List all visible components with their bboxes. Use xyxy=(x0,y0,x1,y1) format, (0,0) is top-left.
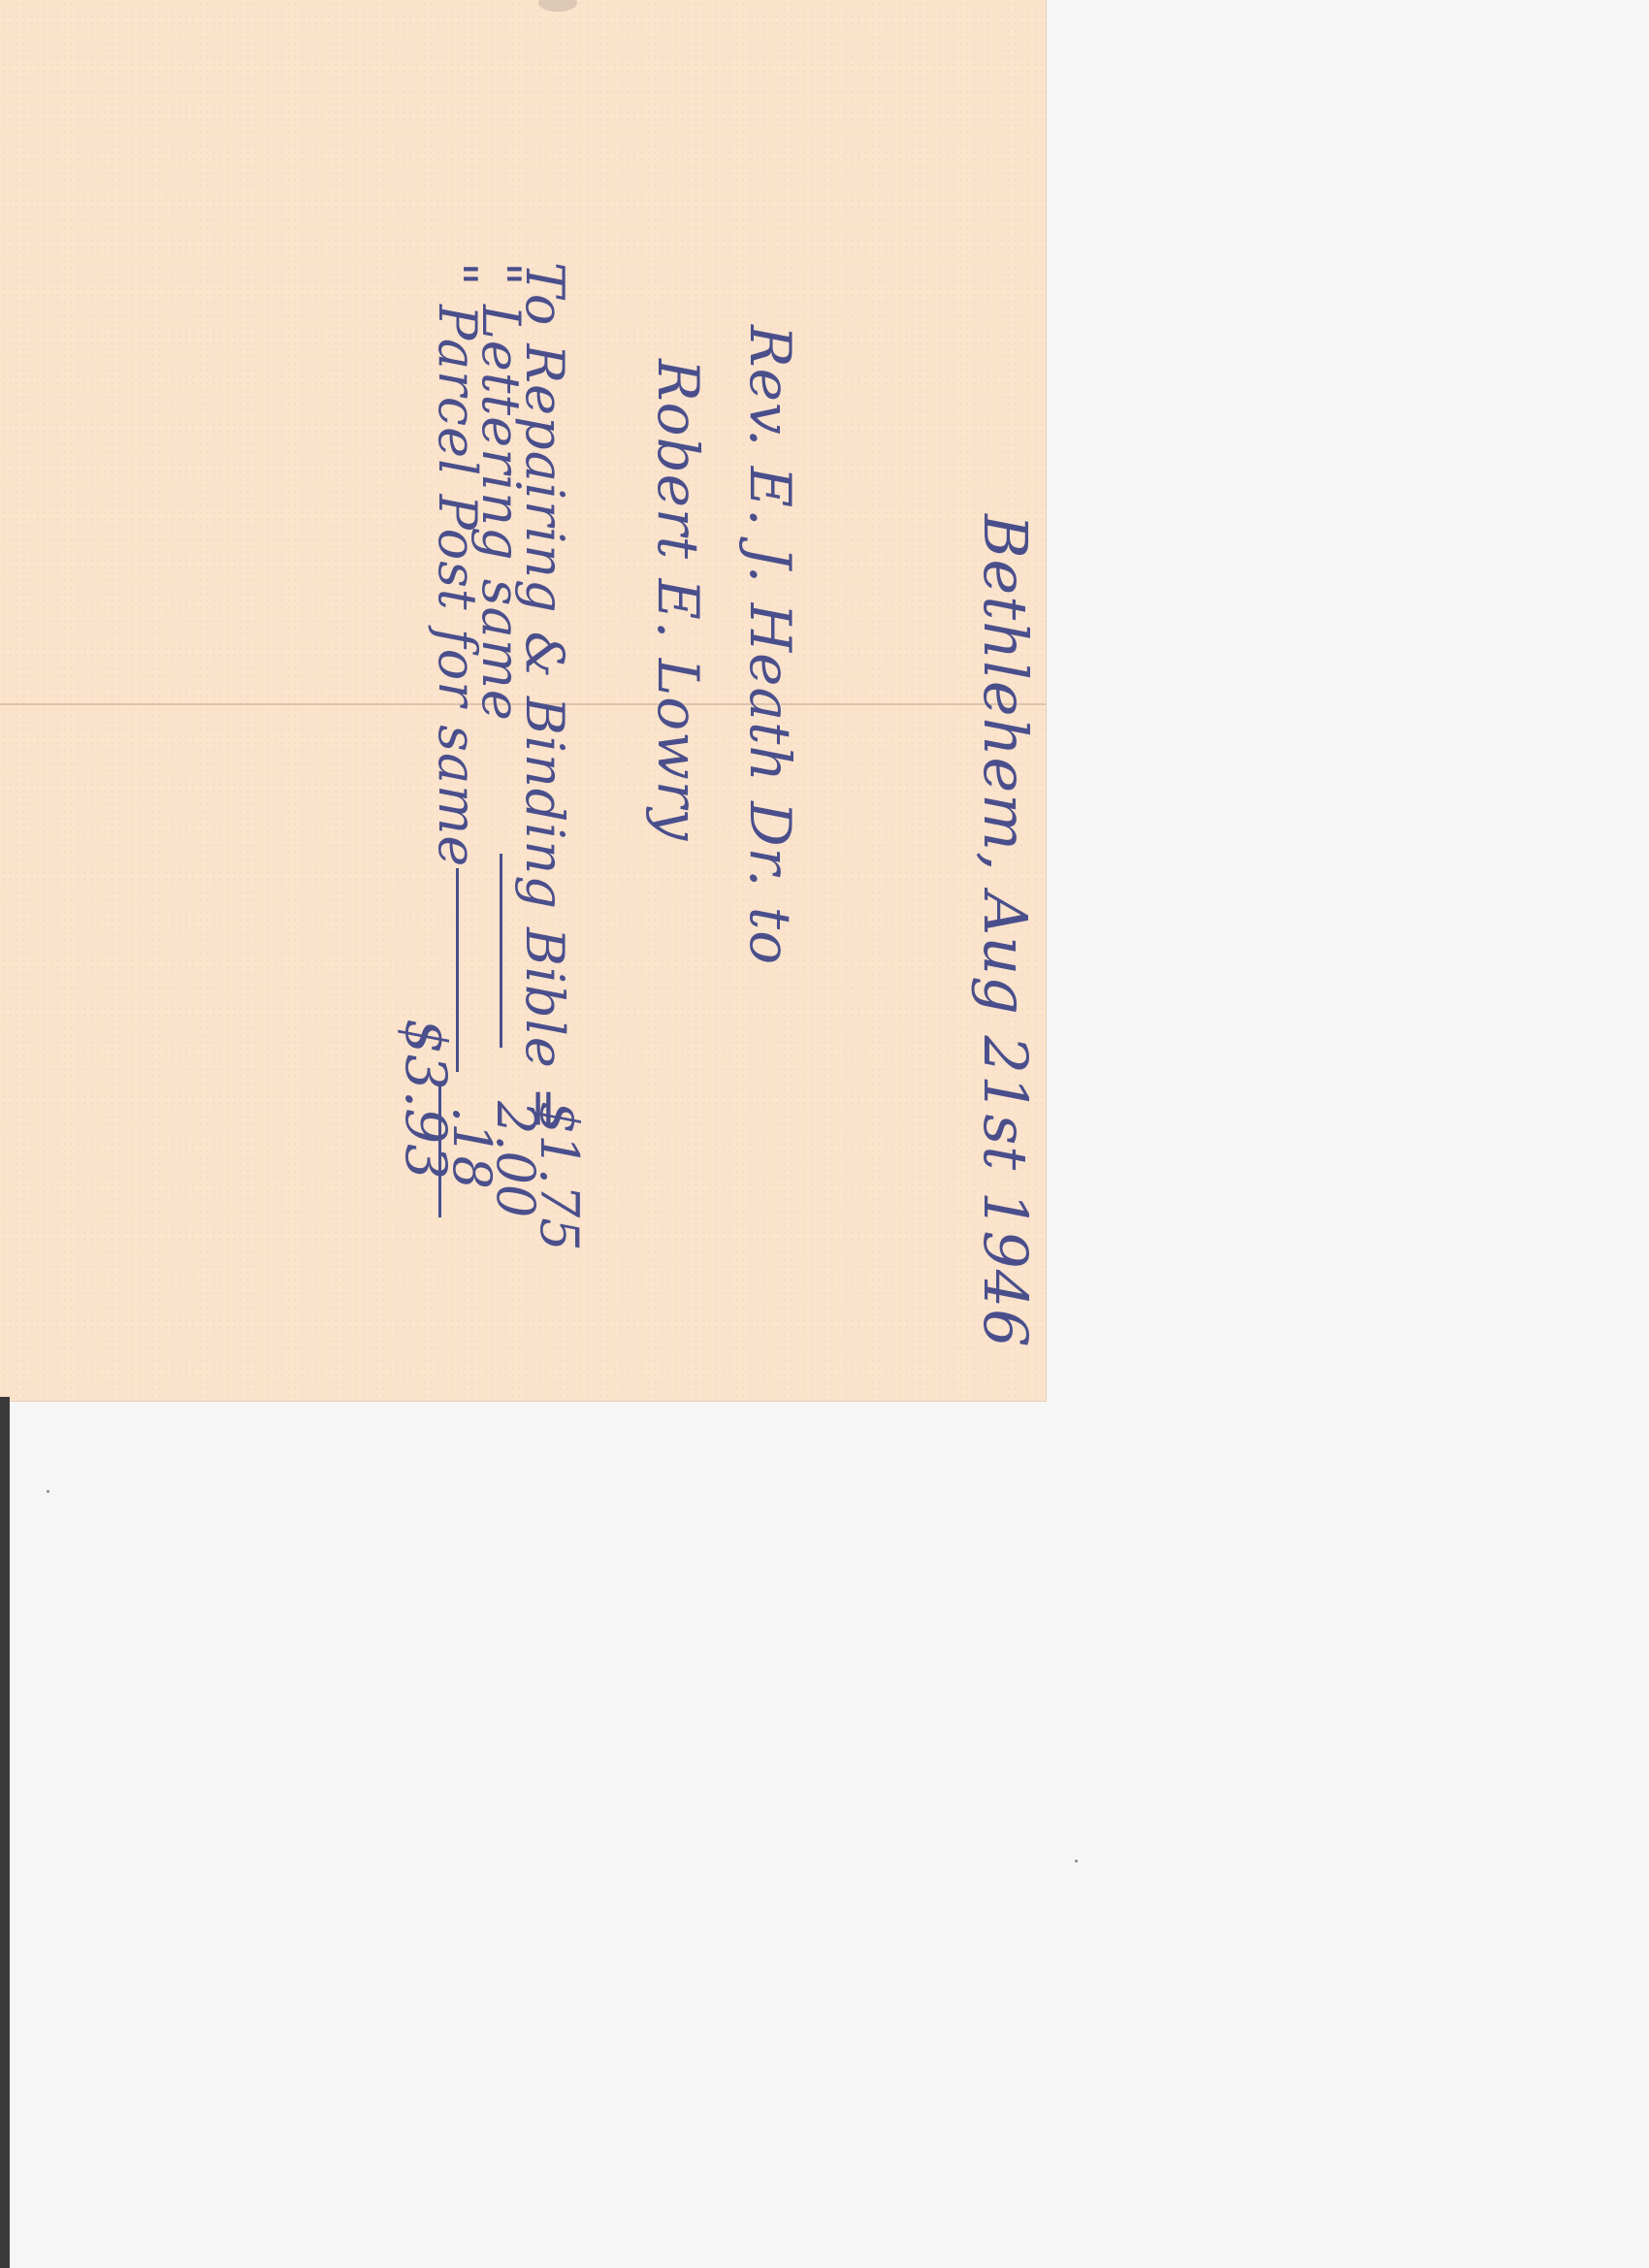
line-item: " Parcel Post for same xyxy=(427,262,488,867)
line-item-prefix: " xyxy=(427,262,488,287)
from-name-line: Robert E. Lowry xyxy=(645,359,711,841)
line-item-description: Parcel Post for same xyxy=(427,305,488,867)
fill-line xyxy=(500,854,502,1048)
handwritten-content: Bethlehem, Aug 21st 1946 Rev. E. J. Heat… xyxy=(0,0,1046,1401)
scanned-paper-sheet: Bethlehem, Aug 21st 1946 Rev. E. J. Heat… xyxy=(0,0,1047,1402)
scanner-edge-shadow xyxy=(0,1397,10,2268)
addressee-line: Rev. E. J. Heath Dr. to xyxy=(737,325,803,965)
dust-speck xyxy=(1075,1860,1078,1863)
total-amount: $3.93 xyxy=(393,1019,459,1180)
place-and-date: Bethlehem, Aug 21st 1946 xyxy=(970,514,1041,1348)
dust-speck xyxy=(47,1490,49,1493)
